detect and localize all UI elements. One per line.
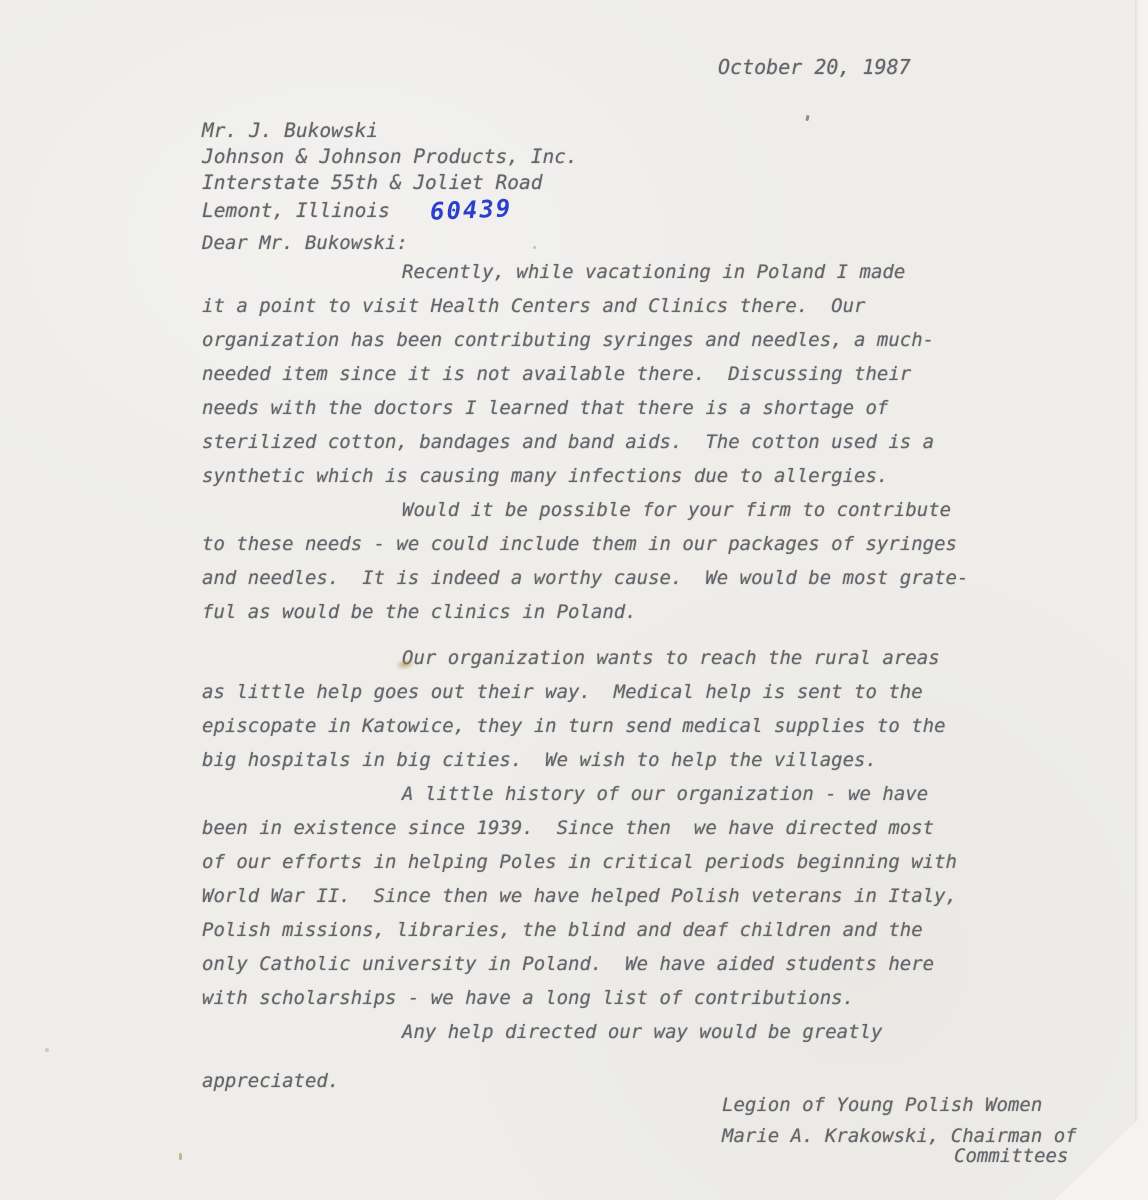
letter-line: big hospitals in big cities. We wish to … <box>202 743 1002 777</box>
salutation: Dear Mr. Bukowski: <box>202 232 408 254</box>
paragraph-1: Recently, while vacationing in Poland I … <box>202 255 1002 493</box>
letter-line: needs with the doctors I learned that th… <box>202 391 1002 425</box>
letter-line: to these needs - we could include them i… <box>202 527 1002 561</box>
letter-line: World War II. Since then we have helped … <box>202 879 1002 913</box>
letter-line: Polish missions, libraries, the blind an… <box>202 913 1002 947</box>
paper-speck <box>533 246 536 249</box>
handwritten-zip-code: 60439 <box>429 195 512 225</box>
recipient-street: Interstate 55th & Joliet Road <box>202 170 578 196</box>
recipient-city: Lemont, Illinois <box>202 199 390 222</box>
paragraph-2: Would it be possible for your firm to co… <box>202 493 1002 629</box>
letter-line: synthetic which is causing many infectio… <box>202 459 1002 493</box>
letter-line: only Catholic university in Poland. We h… <box>202 947 1002 981</box>
paragraph-5: Any help directed our way would be great… <box>202 1015 1002 1049</box>
letter-line: Our organization wants to reach the rura… <box>202 641 1002 675</box>
letter-line: organization has been contributing syrin… <box>202 323 1002 357</box>
letter-line: episcopate in Katowice, they in turn sen… <box>202 709 1002 743</box>
paper-speck <box>45 1048 49 1052</box>
letter-date: October 20, 1987 <box>718 55 911 79</box>
paper-speck <box>179 1153 182 1160</box>
letter-line: and needles. It is indeed a worthy cause… <box>202 561 1002 595</box>
signature-organization: Legion of Young Polish Women <box>722 1090 1077 1121</box>
letter-line: as little help goes out their way. Medic… <box>202 675 1002 709</box>
letter-line: it a point to visit Health Centers and C… <box>202 289 1002 323</box>
letter-line: with scholarships - we have a long list … <box>202 981 1002 1015</box>
letter-line: ful as would be the clinics in Poland. <box>202 595 1002 629</box>
paper-right-edge <box>1135 0 1148 1200</box>
letter-line: Any help directed our way would be great… <box>202 1015 1002 1049</box>
paragraph-3: Our organization wants to reach the rura… <box>202 641 1002 777</box>
letter-line: needed item since it is not available th… <box>202 357 1002 391</box>
recipient-company: Johnson & Johnson Products, Inc. <box>202 144 578 170</box>
letter-line: Recently, while vacationing in Poland I … <box>202 255 1002 289</box>
letter-line: A little history of our organization - w… <box>202 777 1002 811</box>
paper-speck <box>805 115 809 122</box>
letter-body: Recently, while vacationing in Poland I … <box>202 255 1002 1098</box>
recipient-city-line: Lemont, Illinois60439 <box>202 196 578 224</box>
paragraph-4: A little history of our organization - w… <box>202 777 1002 1015</box>
scanned-letter-page: October 20, 1987 Mr. J. Bukowski Johnson… <box>0 0 1148 1200</box>
letter-line: been in existence since 1939. Since then… <box>202 811 1002 845</box>
letter-line: sterilized cotton, bandages and band aid… <box>202 425 1002 459</box>
signature-block: Legion of Young Polish Women Marie A. Kr… <box>722 1090 1077 1172</box>
recipient-address-block: Mr. J. Bukowski Johnson & Johnson Produc… <box>202 118 578 224</box>
recipient-name: Mr. J. Bukowski <box>202 118 578 144</box>
letter-line: Would it be possible for your firm to co… <box>202 493 1002 527</box>
letter-line: of our efforts in helping Poles in criti… <box>202 845 1002 879</box>
